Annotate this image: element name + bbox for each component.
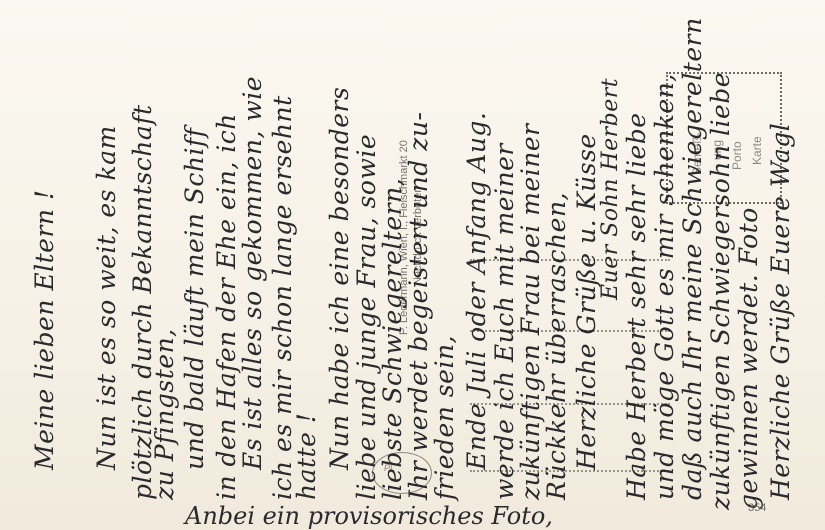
card-number: 354 [748, 502, 766, 514]
handwritten-line: zukünftigen Schwiegersohn liebe [706, 72, 735, 510]
handwritten-line: gewinnen werdet. Foto [734, 207, 763, 510]
handwritten-line: Es ist alles so gekommen, wie [238, 76, 267, 470]
handwritten-line: zu Pfingsten, [150, 328, 179, 500]
postcard: Bemeß- ung Porto Karte P. Ledermann, Wie… [0, 0, 825, 530]
handwritten-line: liebste Schwiegereltern, [378, 178, 407, 500]
handwritten-line: und möge Gott es mir schenken, [650, 73, 679, 500]
handwritten-line: daß auch Ihr meine Schwiegereltern [678, 17, 707, 500]
handwritten-line: Ende Juli oder Anfang Aug. [462, 112, 491, 470]
handwritten-line: Rückkehr überraschen, [542, 192, 571, 500]
handwritten-line: liebe und junge Frau, sowie [352, 134, 381, 500]
salutation: Meine lieben Eltern ! [30, 190, 59, 471]
handwritten-line: Herzliche Grüße Euere Wagl [766, 123, 795, 500]
handwritten-line: frieden sein, [430, 335, 459, 500]
handwritten-line: hatte ! [292, 413, 321, 500]
handwritten-line: Nun habe ich eine besonders [325, 87, 354, 470]
handwritten-line: Ihr werdet begeistert und zu- [404, 112, 433, 500]
handwritten-line: in den Hafen der Ehe ein, ich [212, 113, 241, 500]
handwritten-line: Nun ist es so weit, es kam [92, 125, 121, 470]
handwritten-line: Herzliche Grüße u. Küsse [572, 133, 601, 470]
signature: Euer Sohn Herbert [598, 78, 623, 300]
handwritten-line: zukünftigen Frau bei meiner [516, 123, 545, 500]
handwritten-line: werde ich Euch mit meiner [490, 143, 519, 500]
stamp-text: Karte [750, 136, 764, 165]
postscript-line: Anbei ein provisorisches Foto, [185, 502, 553, 530]
handwritten-line: Habe Herbert sehr sehr liebe [622, 112, 651, 500]
handwritten-line: und bald läuft mein Schiff [180, 127, 209, 470]
